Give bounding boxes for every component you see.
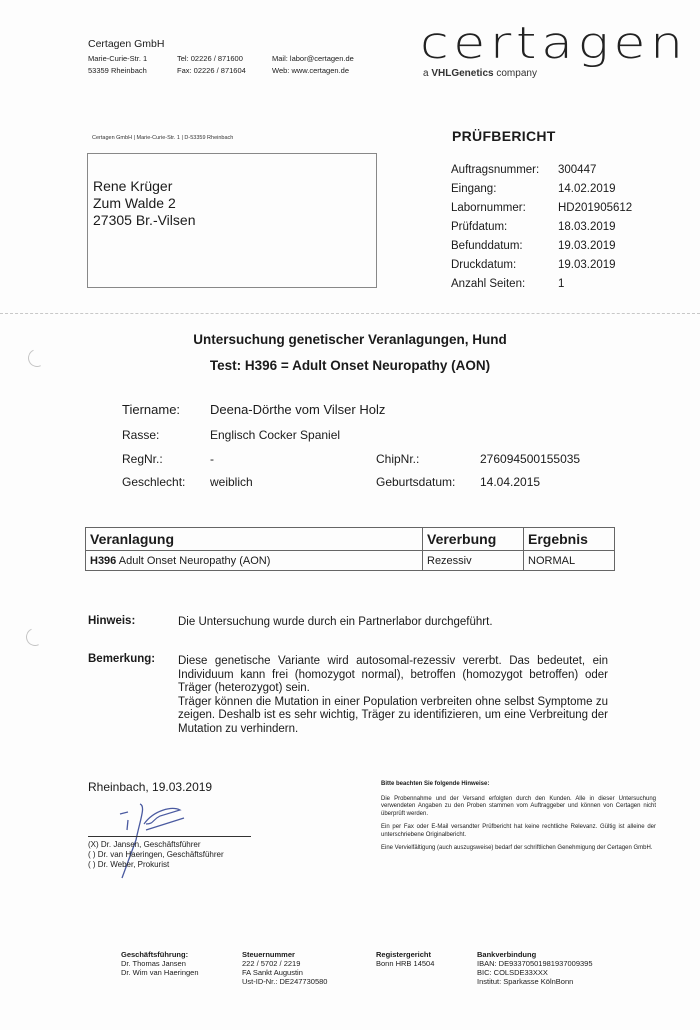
- meta-value: 300447: [558, 161, 596, 180]
- meta-label: Druckdatum:: [451, 256, 558, 275]
- footer-line: Ust-ID-Nr.: DE247730580: [242, 977, 327, 986]
- meta-row: Eingang:14.02.2019: [451, 180, 632, 199]
- footer-register: Registergericht Bonn HRB 14504: [376, 950, 434, 968]
- place-date: Rheinbach, 19.03.2019: [88, 780, 212, 794]
- meta-value: 19.03.2019: [558, 237, 616, 256]
- remark-paragraph-1: Diese genetische Variante wird autosomal…: [178, 655, 608, 696]
- logo-tagline: a VHLGenetics company: [423, 68, 537, 79]
- meta-label: Befunddatum:: [451, 237, 558, 256]
- hint-label: Hinweis:: [88, 615, 135, 627]
- meta-value: 14.02.2019: [558, 180, 616, 199]
- chip-label: ChipNr.:: [376, 452, 419, 466]
- signer-option: ( ) Dr. van Haeringen, Geschäftsführer: [88, 850, 224, 860]
- sender-city: 53359 Rheinbach: [88, 64, 147, 78]
- logo-tagline-suffix: company: [496, 68, 537, 79]
- results-header-row: Veranlagung Vererbung Ergebnis: [86, 528, 615, 551]
- meta-row: Prüfdatum:18.03.2019: [451, 218, 632, 237]
- signer-list: (X) Dr. Jansen, Geschäftsführer ( ) Dr. …: [88, 840, 224, 870]
- footer-management: Geschäftsführung: Dr. Thomas Jansen Dr. …: [121, 950, 199, 977]
- test-heading: Untersuchung genetischer Veranlagungen, …: [0, 332, 700, 347]
- return-address: Certagen GmbH | Marie-Curie-Str. 1 | D-5…: [92, 135, 233, 141]
- meta-value: 18.03.2019: [558, 218, 616, 237]
- remark-text: Diese genetische Variante wird autosomal…: [178, 655, 608, 736]
- sex: weiblich: [210, 475, 253, 489]
- footer-heading: Geschäftsführung:: [121, 950, 199, 959]
- report-meta: Auftragsnummer:300447 Eingang:14.02.2019…: [451, 161, 632, 294]
- meta-label: Prüfdatum:: [451, 218, 558, 237]
- predisposition-cell: H396 Adult Onset Neuropathy (AON): [86, 551, 423, 571]
- footer-line: 222 / 5702 / 2219: [242, 959, 327, 968]
- col-header-inheritance: Vererbung: [423, 528, 524, 551]
- footer-bank: Bankverbindung IBAN: DE93370501981937009…: [477, 950, 593, 986]
- meta-value: HD201905612: [558, 199, 632, 218]
- signer-option: ( ) Dr. Weber, Prokurist: [88, 860, 224, 870]
- recipient-name: Rene Krüger: [93, 178, 195, 195]
- logo-tagline-brand: VHLGenetics: [431, 68, 493, 79]
- chip-number: 276094500155035: [480, 452, 580, 466]
- remark-paragraph-2: Träger können die Mutation in einer Popu…: [178, 696, 608, 737]
- sender-web: Web: www.certagen.de: [272, 64, 349, 78]
- footer-line: BIC: COLSDE33XXX: [477, 968, 593, 977]
- footer-heading: Bankverbindung: [477, 950, 593, 959]
- footer-tax: Steuernummer 222 / 5702 / 2219 FA Sankt …: [242, 950, 327, 986]
- sender-fax: Fax: 02226 / 871604: [177, 64, 246, 78]
- reg-number: -: [210, 452, 214, 466]
- breed: Englisch Cocker Spaniel: [210, 428, 340, 442]
- footer-line: Institut: Sparkasse KölnBonn: [477, 977, 593, 986]
- legal-hints: Bitte beachten Sie folgende Hinweise: Di…: [381, 781, 656, 859]
- birth-label: Geburtsdatum:: [376, 475, 455, 489]
- sender-company: Certagen GmbH: [88, 38, 164, 50]
- footer-line: IBAN: DE93370501981937009395: [477, 959, 593, 968]
- fold-line: [0, 313, 700, 314]
- hint-text: Die Untersuchung wurde durch ein Partner…: [178, 616, 493, 630]
- meta-label: Anzahl Seiten:: [451, 275, 558, 294]
- animal-name: Deena-Dörthe vom Vilser Holz: [210, 402, 385, 417]
- meta-value: 19.03.2019: [558, 256, 616, 275]
- recipient-street: Zum Walde 2: [93, 195, 195, 212]
- hint-paragraph: Die Probennahme und der Versand erfolgte…: [381, 796, 656, 819]
- test-name: Adult Onset Neuropathy (AON): [119, 555, 271, 567]
- sex-label: Geschlecht:: [122, 475, 185, 489]
- meta-label: Labornummer:: [451, 199, 558, 218]
- meta-row: Druckdatum:19.03.2019: [451, 256, 632, 275]
- footer-line: Dr. Wim van Haeringen: [121, 968, 199, 977]
- result-cell: NORMAL: [524, 551, 615, 571]
- breed-label: Rasse:: [122, 428, 159, 442]
- signer-option: (X) Dr. Jansen, Geschäftsführer: [88, 840, 224, 850]
- meta-label: Auftragsnummer:: [451, 161, 558, 180]
- punch-hole-mark: [23, 625, 46, 648]
- meta-value: 1: [558, 275, 564, 294]
- animal-name-label: Tiername:: [122, 402, 180, 417]
- footer-line: FA Sankt Augustin: [242, 968, 327, 977]
- meta-row: Befunddatum:19.03.2019: [451, 237, 632, 256]
- hints-title: Bitte beachten Sie folgende Hinweise:: [381, 781, 656, 789]
- hint-paragraph: Ein per Fax oder E-Mail versandter Prüfb…: [381, 824, 656, 839]
- test-subheading: Test: H396 = Adult Onset Neuropathy (AON…: [0, 358, 700, 373]
- remark-label: Bemerkung:: [88, 653, 155, 665]
- results-table: Veranlagung Vererbung Ergebnis H396 Adul…: [85, 527, 615, 571]
- test-code: H396: [90, 555, 116, 567]
- birth-date: 14.04.2015: [480, 475, 540, 489]
- meta-label: Eingang:: [451, 180, 558, 199]
- recipient-city: 27305 Br.-Vilsen: [93, 212, 195, 229]
- hint-paragraph: Eine Vervielfältigung (auch auszugsweise…: [381, 845, 656, 853]
- certagen-logo: certagen: [420, 22, 688, 66]
- footer-line: Dr. Thomas Jansen: [121, 959, 199, 968]
- signature-line: [88, 836, 251, 837]
- table-row: H396 Adult Onset Neuropathy (AON) Rezess…: [86, 551, 615, 571]
- recipient-address: Rene Krüger Zum Walde 2 27305 Br.-Vilsen: [93, 178, 195, 229]
- reg-label: RegNr.:: [122, 452, 163, 466]
- logo-tagline-prefix: a: [423, 68, 429, 79]
- footer-heading: Steuernummer: [242, 950, 327, 959]
- col-header-result: Ergebnis: [524, 528, 615, 551]
- meta-row: Auftragsnummer:300447: [451, 161, 632, 180]
- col-header-predisposition: Veranlagung: [86, 528, 423, 551]
- inheritance-cell: Rezessiv: [423, 551, 524, 571]
- meta-row: Labornummer:HD201905612: [451, 199, 632, 218]
- footer-heading: Registergericht: [376, 950, 434, 959]
- footer-line: Bonn HRB 14504: [376, 959, 434, 968]
- report-title: PRÜFBERICHT: [452, 128, 556, 144]
- meta-row: Anzahl Seiten:1: [451, 275, 632, 294]
